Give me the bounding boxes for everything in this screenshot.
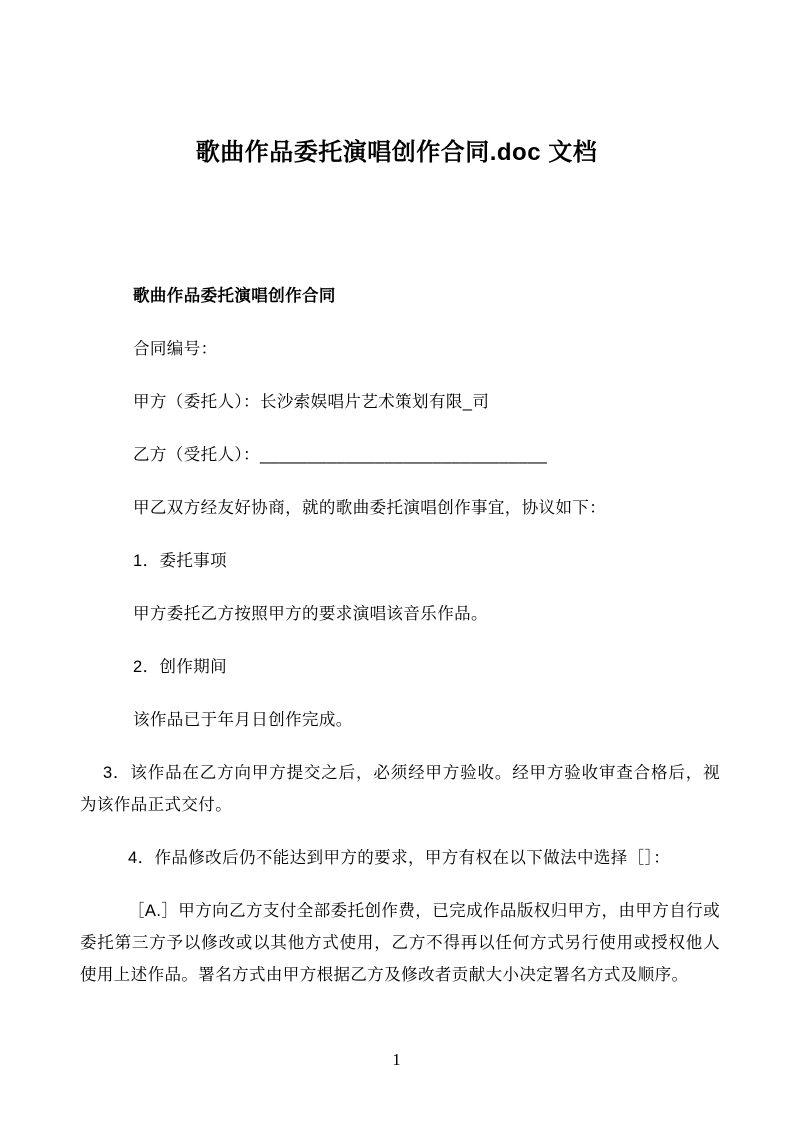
paragraph-party-b: 乙方（受托人）：______________________________ — [80, 439, 720, 471]
paragraph-clause-4: 4．作品修改后仍不能达到甲方的要求，甲方有权在以下做法中选择［］： — [80, 842, 720, 874]
document-page: 歌曲作品委托演唱创作合同.doc 文档 歌曲作品委托演唱创作合同 合同编号： 甲… — [0, 0, 793, 1122]
paragraph-clause-2-body: 该作品已于年月日创作完成。 — [80, 704, 720, 736]
paragraph-clause-4-option-a: ［A.］甲方向乙方支付全部委托创作费，已完成作品版权归甲方，由甲方自行或委托第三… — [80, 895, 720, 991]
paragraph-preamble: 甲乙双方经友好协商，就的歌曲委托演唱创作事宜，协议如下： — [80, 492, 720, 524]
paragraph-party-a: 甲方（委托人）：长沙索娱唱片艺术策划有限_司 — [80, 386, 720, 418]
paragraph-doc-heading: 歌曲作品委托演唱创作合同 — [80, 280, 720, 312]
paragraph-contract-number: 合同编号： — [80, 333, 720, 365]
paragraph-clause-3: 3．该作品在乙方向甲方提交之后，必须经甲方验收。经甲方验收审查合格后，视为该作品… — [80, 757, 720, 821]
document-title: 歌曲作品委托演唱创作合同.doc 文档 — [0, 0, 793, 170]
paragraph-clause-1-title: 1．委托事项 — [80, 545, 720, 577]
document-body: 歌曲作品委托演唱创作合同 合同编号： 甲方（委托人）：长沙索娱唱片艺术策划有限_… — [0, 280, 720, 991]
page-number: 1 — [0, 1050, 793, 1070]
paragraph-clause-2-title: 2．创作期间 — [80, 651, 720, 683]
paragraph-clause-1-body: 甲方委托乙方按照甲方的要求演唱该音乐作品。 — [80, 598, 720, 630]
